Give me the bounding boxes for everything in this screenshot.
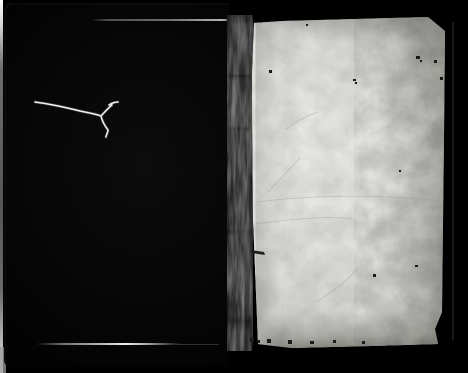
cover-grain-texture (4, 3, 229, 367)
book-scan (0, 0, 468, 373)
page-mottle-texture (252, 17, 446, 348)
cover-top-edge-highlight (91, 19, 227, 21)
scan-edge-sliver (0, 0, 3, 373)
cover-bottom-edge-highlight (36, 343, 182, 345)
right-border-seam (452, 22, 454, 340)
cover-bottom-edge-highlight-faint (175, 344, 219, 345)
spine-leather-texture (227, 15, 253, 351)
flyleaf-page (252, 17, 446, 348)
book-front-cover (4, 3, 229, 367)
book-spine (227, 15, 253, 351)
